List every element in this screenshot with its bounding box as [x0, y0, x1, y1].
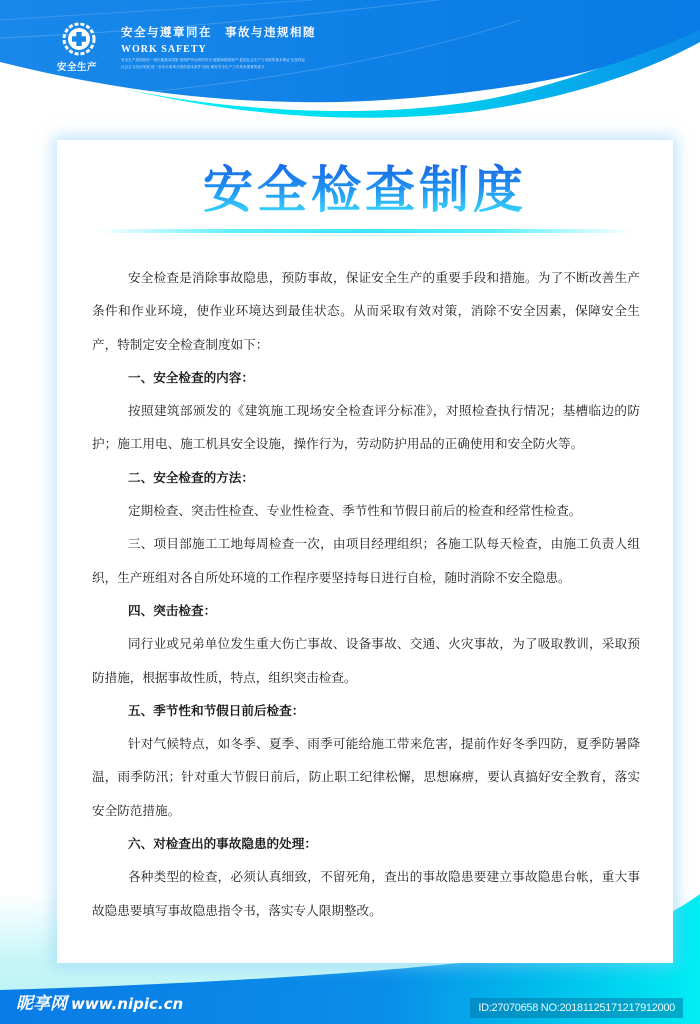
slogan: 安全与遵章同在 事故与违规相随 [121, 24, 316, 40]
paragraph: 按照建筑部颁发的《建筑施工现场安全检查评分标准》，对照检查执行情况；基槽临边的防… [92, 394, 640, 461]
section-heading-2: 二、安全检查的方法： [92, 461, 640, 494]
work-safety-label: WORK SAFETY [121, 44, 316, 55]
image-id-badge: ID:27070658 NO:20181125171217912000 [470, 998, 683, 1018]
paragraph: 各种类型的检查，必须认真细致，不留死角，查出的事故隐患要建立事故隐患台帐，重大事… [92, 860, 640, 927]
paragraph: 针对气候特点，如冬季、夏季、雨季可能给施工带来危害，提前作好冬季四防，夏季防暑降… [92, 727, 640, 827]
paragraph-intro: 安全检查是消除事故隐患，预防事故，保证安全生产的重要手段和措施。为了不断改善生产… [92, 261, 640, 361]
page-title: 安全检查制度 [57, 160, 673, 220]
section-heading-5: 五、季节性和节假日前后检查： [92, 694, 640, 727]
section-heading-4: 四、突击检查： [92, 594, 640, 627]
document-card: 安全检查制度 安全检查是消除事故隐患，预防事故，保证安全生产的重要手段和措施。为… [57, 140, 673, 963]
watermark-brand: 昵享网 [16, 994, 67, 1014]
watermark-logo: 昵享网www.nipic.cn [16, 989, 183, 1014]
logo-text: 安全生产 [53, 59, 101, 73]
safety-logo: 安全生产 [57, 22, 101, 73]
slogan-description: 安全生产是国家的一项长期基本国策·是保护劳动者的安全·健康和国家财产·促进社会生… [121, 57, 306, 70]
header-wave-background [0, 0, 700, 150]
safety-cross-gear-icon [62, 22, 96, 56]
paragraph: 三、项目部施工工地每周检查一次，由项目经理组织；各施工队每天检查，由施工负责人组… [92, 527, 640, 594]
paragraph: 定期检查、突击性检查、专业性检查、季节性和节假日前后的检查和经常性检查。 [92, 494, 640, 527]
document-body: 安全检查是消除事故隐患，预防事故，保证安全生产的重要手段和措施。为了不断改善生产… [92, 261, 640, 927]
title-underline-thin [97, 235, 633, 236]
watermark-url: www.nipic.cn [71, 995, 183, 1013]
paragraph: 同行业或兄弟单位发生重大伤亡事故、设备事故、交通、火灾事故，为了吸取教训，采取预… [92, 627, 640, 694]
section-heading-1: 一、安全检查的内容： [92, 361, 640, 394]
section-heading-6: 六、对检查出的事故隐患的处理： [92, 827, 640, 860]
header-slogan-block: 安全与遵章同在 事故与违规相随 WORK SAFETY 安全生产是国家的一项长期… [121, 24, 316, 70]
title-underline [97, 229, 633, 233]
